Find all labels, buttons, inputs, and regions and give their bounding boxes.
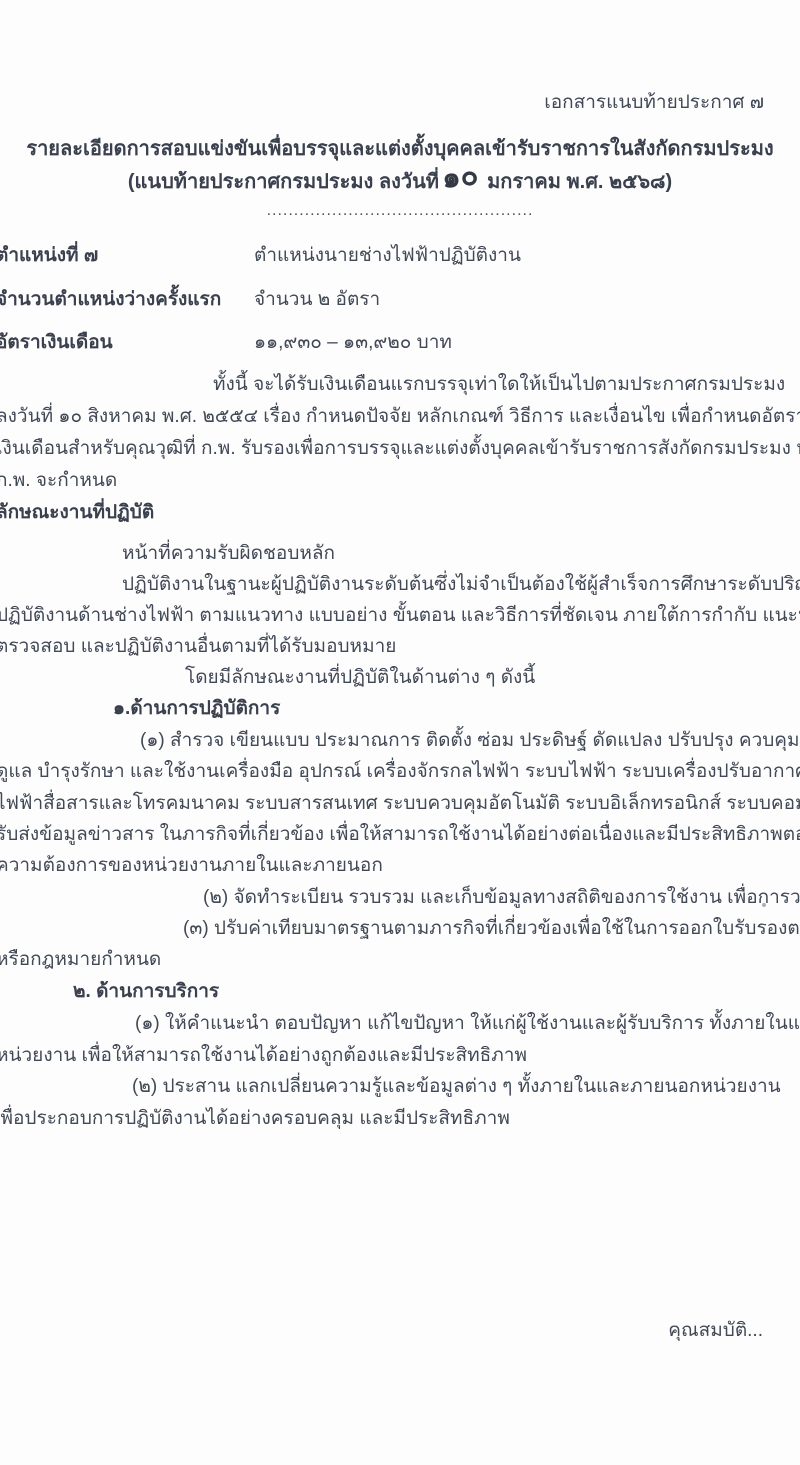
page-continuation-note: คุณสมบัติ... [668,1316,763,1346]
operations-line: หรือกฎหมายกำหนด [0,945,161,975]
salary-note-line: ทั้งนี้ จะได้รับเงินเดือนแรกบรรจุเท่าใดใ… [213,370,785,400]
salary-note-line: เงินเดือนสำหรับคุณวุฒิที่ ก.พ. รับรองเพื… [0,434,800,464]
operations-line: ไฟฟ้าสื่อสารและโทรคมนาคม ระบบสารสนเทศ ระ… [0,789,800,819]
title-line2-suffix: มกราคม พ.ศ. ๒๕๖๘) [487,171,672,193]
operations-heading: ๑.ด้านการปฏิบัติการ [113,694,280,724]
service-line: (๒) ประสาน แลกเปลี่ยนความรู้และข้อมูลต่า… [132,1072,781,1102]
operations-line: รับส่งข้อมูลข่าวสาร ในภารกิจที่เกี่ยวข้อ… [0,820,800,850]
field-vacancies: จำนวนตำแหน่งว่างครั้งแรก จำนวน ๒ อัตรา [0,284,221,314]
service-line: หน่วยงาน เพื่อให้สามารถใช้งานได้อย่างถูก… [0,1041,527,1071]
field-label: ตำแหน่งที่ ๗ [0,245,98,266]
field-value: ๑๑,๙๓๐ – ๑๓,๙๒๐ บาท [254,327,452,357]
document-page: เอกสารแนบท้ายประกาศ ๗ รายละเอียดการสอบแข… [0,0,800,1465]
duties-sub-heading: หน้าที่ความรับผิดชอบหลัก [122,539,335,569]
duties-lead-in: โดยมีลักษณะงานที่ปฏิบัติในด้านต่าง ๆ ดัง… [185,663,535,693]
duties-intro-line: ตรวจสอบ และปฏิบัติงานอื่นตามที่ได้รับมอบ… [0,632,396,662]
field-position-number: ตำแหน่งที่ ๗ ตำแหน่งนายช่างไฟฟ้าปฏิบัติง… [0,240,98,270]
operations-line: ดูแล บำรุงรักษา และใช้งานเครื่องมือ อุปก… [0,757,800,787]
field-label: อัตราเงินเดือน [0,332,113,353]
field-salary: อัตราเงินเดือน ๑๑,๙๓๐ – ๑๓,๙๒๐ บาท [0,327,113,357]
salary-note-line: ก.พ. จะกำหนด [0,466,117,496]
document-title-line2: (แนบท้ายประกาศกรมประมง ลงวันที่๑๐มกราคม … [0,167,800,197]
title-line2-prefix: (แนบท้ายประกาศกรมประมง ลงวันที่ [128,171,439,193]
dotted-divider: ........................................… [0,196,800,226]
attachment-note: เอกสารแนบท้ายประกาศ ๗ [544,88,764,118]
service-line: (๑) ให้คำแนะนำ ตอบปัญหา แก้ไขปัญหา ให้แก… [135,1009,800,1039]
service-line: เพื่อประกอบการปฏิบัติงานได้อย่างครอบคลุม… [0,1104,510,1134]
operations-line: (๒) จัดทำระเบียน รวบรวม และเก็บข้อมูลทาง… [203,883,800,913]
operations-line: ความต้องการของหน่วยงานภายในและภายนอก [0,851,383,881]
field-value: ตำแหน่งนายช่างไฟฟ้าปฏิบัติงาน [254,240,521,270]
handwritten-date-day: ๑๐ [441,165,479,189]
service-heading: ๒. ด้านการบริการ [73,977,219,1007]
duties-intro-line: ปฏิบัติงานในฐานะผู้ปฏิบัติงานระดับต้นซึ่… [122,570,800,600]
field-value: จำนวน ๒ อัตรา [254,284,380,314]
scan-speck [762,903,766,907]
document-title-line1: รายละเอียดการสอบแข่งขันเพื่อบรรจุและแต่ง… [0,134,800,164]
operations-line: (๓) ปรับค่าเทียบมาตรฐานตามภารกิจที่เกี่ย… [183,914,800,944]
salary-note-line: ลงวันที่ ๑๐ สิงหาคม พ.ศ. ๒๕๕๔ เรื่อง กำห… [0,402,800,432]
field-label: จำนวนตำแหน่งว่างครั้งแรก [0,289,221,310]
operations-line: (๑) สำรวจ เขียนแบบ ประมาณการ ติดตั้ง ซ่อ… [140,726,800,756]
duties-section-heading: ลักษณะงานที่ปฏิบัติ [0,498,154,528]
duties-intro-line: ปฏิบัติงานด้านช่างไฟฟ้า ตามแนวทาง แบบอย่… [0,601,800,631]
